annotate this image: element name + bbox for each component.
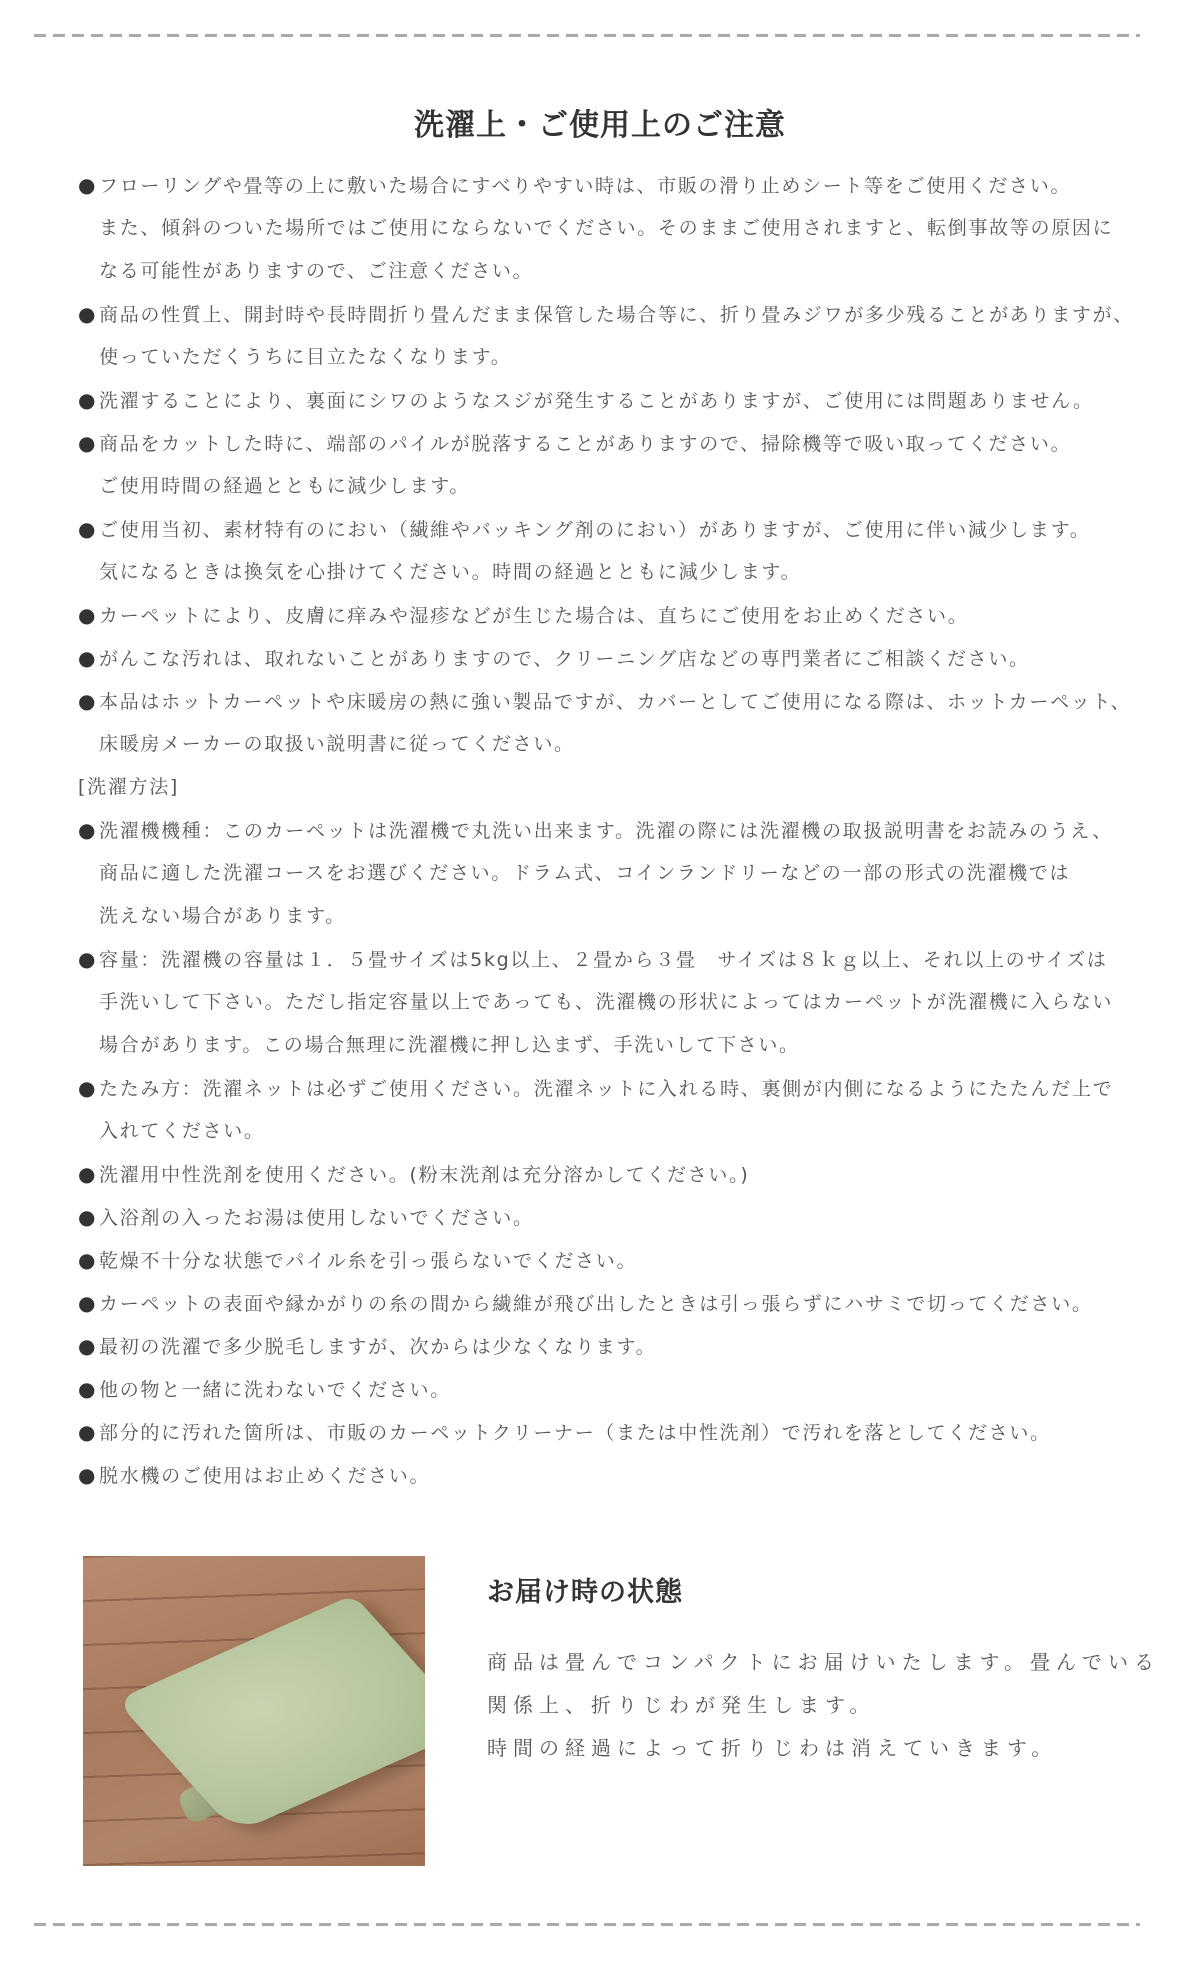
note-item: ●フローリングや畳等の上に敷いた場合にすべりやすい時は、市販の滑り止めシート等を… — [78, 164, 1178, 207]
bullet-icon: ● — [78, 164, 99, 207]
delivery-state-heading: お届け時の状態 — [487, 1575, 683, 1611]
note-item-continuation: ご使用時間の経過とともに減少します。 — [78, 465, 1178, 508]
folded-rug — [116, 1595, 425, 1834]
bullet-icon: ● — [78, 1325, 99, 1368]
note-item: ●容量：洗濯機の容量は１．５畳サイズは5kg以上、２畳から３畳 サイズは８ｋｇ以… — [78, 938, 1178, 981]
note-item: ●他の物と一緒に洗わないでください。 — [78, 1368, 1178, 1411]
note-text: 洗えない場合があります。 — [99, 905, 346, 927]
note-text: 床暖房メーカーの取扱い説明書に従ってください。 — [99, 733, 575, 755]
bullet-icon: ● — [78, 1368, 99, 1411]
note-item-continuation: 床暖房メーカーの取扱い説明書に従ってください。 — [78, 723, 1178, 766]
bullet-icon: ● — [78, 1067, 99, 1110]
note-text: 本品はホットカーペットや床暖房の熱に強い製品ですが、カバーとしてご使用になる際は… — [99, 691, 1131, 713]
note-item: ●乾燥不十分な状態でパイル糸を引っ張らないでください。 — [78, 1239, 1178, 1282]
bullet-icon: ● — [78, 379, 99, 422]
note-text: 最初の洗濯で多少脱毛しますが、次からは少なくなります。 — [99, 1336, 656, 1358]
section-label-washing-method: [洗濯方法] — [78, 766, 1178, 809]
note-text: 入れてください。 — [99, 1120, 265, 1142]
note-item: ●最初の洗濯で多少脱毛しますが、次からは少なくなります。 — [78, 1325, 1178, 1368]
note-item-continuation: また、傾斜のついた場所ではご使用にならないでください。そのままご使用されますと、… — [78, 207, 1178, 250]
note-text: がんこな汚れは、取れないことがありますので、クリーニング店などの専門業者にご相談… — [99, 648, 1030, 670]
note-text: 手洗いして下さい。ただし指定容量以上であっても、洗濯機の形状によってはカーペット… — [99, 991, 1113, 1013]
bullet-icon: ● — [78, 1454, 99, 1497]
delivery-line: 時間の経過によって折りじわは消えていきます。 — [487, 1727, 1160, 1770]
note-item: ●がんこな汚れは、取れないことがありますので、クリーニング店などの専門業者にご相… — [78, 637, 1178, 680]
bullet-icon: ● — [78, 1196, 99, 1239]
delivery-line: 関係上、折りじわが発生します。 — [487, 1684, 1160, 1727]
note-text: 使っていただくうちに目立たなくなります。 — [99, 346, 511, 368]
bullet-icon: ● — [78, 1153, 99, 1196]
product-photo — [83, 1556, 425, 1866]
bullet-icon: ● — [78, 938, 99, 981]
top-dashed-divider — [34, 34, 1140, 37]
note-item: ●たたみ方：洗濯ネットは必ずご使用ください。洗濯ネットに入れる時、裏側が内側にな… — [78, 1067, 1178, 1110]
note-text: なる可能性がありますので、ご注意ください。 — [99, 260, 533, 282]
note-item: ●本品はホットカーペットや床暖房の熱に強い製品ですが、カバーとしてご使用になる際… — [78, 680, 1178, 723]
note-item: ●洗濯機機種：このカーペットは洗濯機で丸洗い出来ます。洗濯の際には洗濯機の取扱説… — [78, 809, 1178, 852]
note-text: 他の物と一緒に洗わないでください。 — [99, 1379, 451, 1401]
note-item-continuation: なる可能性がありますので、ご注意ください。 — [78, 250, 1178, 293]
note-item: ●商品の性質上、開封時や長時間折り畳んだまま保管した場合等に、折り畳みジワが多少… — [78, 293, 1178, 336]
note-text: 容量：洗濯機の容量は１．５畳サイズは5kg以上、２畳から３畳 サイズは８ｋｇ以上… — [99, 949, 1108, 971]
note-item-continuation: 場合があります。この場合無理に洗濯機に押し込まず、手洗いして下さい。 — [78, 1024, 1178, 1067]
bullet-icon: ● — [78, 508, 99, 551]
note-text: 洗濯することにより、裏面にシワのようなスジが発生することがありますが、ご使用には… — [99, 390, 1094, 412]
note-item: ●入浴剤の入ったお湯は使用しないでください。 — [78, 1196, 1178, 1239]
note-text: 洗濯用中性洗剤を使用ください。(粉末洗剤は充分溶かしてください。) — [99, 1164, 749, 1186]
note-text: また、傾斜のついた場所ではご使用にならないでください。そのままご使用されますと、… — [99, 217, 1113, 239]
note-item: ●ご使用当初、素材特有のにおい（繊維やバッキング剤のにおい）がありますが、ご使用… — [78, 508, 1178, 551]
note-text: 洗濯機機種：このカーペットは洗濯機で丸洗い出来ます。洗濯の際には洗濯機の取扱説明… — [99, 820, 1113, 842]
care-notes-list: ●フローリングや畳等の上に敷いた場合にすべりやすい時は、市販の滑り止めシート等を… — [78, 164, 1178, 1497]
bullet-icon: ● — [78, 637, 99, 680]
note-text: 商品に適した洗濯コースをお選びください。ドラム式、コインランドリーなどの一部の形… — [99, 862, 1070, 884]
bullet-icon: ● — [78, 594, 99, 637]
note-text: ご使用当初、素材特有のにおい（繊維やバッキング剤のにおい）がありますが、ご使用に… — [99, 519, 1091, 541]
bullet-icon: ● — [78, 293, 99, 336]
note-text: ご使用時間の経過とともに減少します。 — [99, 475, 470, 497]
note-text: 商品の性質上、開封時や長時間折り畳んだまま保管した場合等に、折り畳みジワが多少残… — [99, 304, 1134, 326]
note-text: 脱水機のご使用はお止めください。 — [99, 1465, 430, 1487]
note-item-continuation: 洗えない場合があります。 — [78, 895, 1178, 938]
bullet-icon: ● — [78, 1411, 99, 1454]
note-text: カーペットの表面や縁かがりの糸の間から繊維が飛び出したときは引っ張らずにハサミで… — [99, 1293, 1093, 1315]
note-text: 場合があります。この場合無理に洗濯機に押し込まず、手洗いして下さい。 — [99, 1034, 800, 1056]
note-item: ●洗濯用中性洗剤を使用ください。(粉末洗剤は充分溶かしてください。) — [78, 1153, 1178, 1196]
note-text: 気になるときは換気を心掛けてください。時間の経過とともに減少します。 — [99, 561, 801, 583]
note-item-continuation: 商品に適した洗濯コースをお選びください。ドラム式、コインランドリーなどの一部の形… — [78, 852, 1178, 895]
note-item: ●カーペットにより、皮膚に痒みや湿疹などが生じた場合は、直ちにご使用をお止めくだ… — [78, 594, 1178, 637]
delivery-line: 商品は畳んでコンパクトにお届けいたします。畳んでいる — [487, 1641, 1160, 1684]
note-text: たたみ方：洗濯ネットは必ずご使用ください。洗濯ネットに入れる時、裏側が内側になる… — [99, 1078, 1113, 1100]
note-item-continuation: 入れてください。 — [78, 1110, 1178, 1153]
note-item-continuation: 使っていただくうちに目立たなくなります。 — [78, 336, 1178, 379]
note-item: ●部分的に汚れた箇所は、市販のカーペットクリーナー（または中性洗剤）で汚れを落と… — [78, 1411, 1178, 1454]
note-text: 乾燥不十分な状態でパイル糸を引っ張らないでください。 — [99, 1250, 637, 1272]
note-text: [洗濯方法] — [78, 776, 179, 798]
note-item: ●洗濯することにより、裏面にシワのようなスジが発生することがありますが、ご使用に… — [78, 379, 1178, 422]
note-text: フローリングや畳等の上に敷いた場合にすべりやすい時は、市販の滑り止めシート等をご… — [99, 175, 1071, 197]
note-item-continuation: 気になるときは換気を心掛けてください。時間の経過とともに減少します。 — [78, 551, 1178, 594]
bullet-icon: ● — [78, 809, 99, 852]
note-item: ●カーペットの表面や縁かがりの糸の間から繊維が飛び出したときは引っ張らずにハサミ… — [78, 1282, 1178, 1325]
page-title: 洗濯上・ご使用上のご注意 — [0, 106, 1200, 146]
bullet-icon: ● — [78, 680, 99, 723]
note-text: 入浴剤の入ったお湯は使用しないでください。 — [99, 1207, 534, 1229]
bullet-icon: ● — [78, 422, 99, 465]
bullet-icon: ● — [78, 1282, 99, 1325]
note-item-continuation: 手洗いして下さい。ただし指定容量以上であっても、洗濯機の形状によってはカーペット… — [78, 981, 1178, 1024]
note-text: 商品をカットした時に、端部のパイルが脱落することがありますので、掃除機等で吸い取… — [99, 433, 1071, 455]
note-item: ●商品をカットした時に、端部のパイルが脱落することがありますので、掃除機等で吸い… — [78, 422, 1178, 465]
bullet-icon: ● — [78, 1239, 99, 1282]
delivery-state-description: 商品は畳んでコンパクトにお届けいたします。畳んでいる 関係上、折りじわが発生しま… — [487, 1641, 1160, 1770]
note-text: 部分的に汚れた箇所は、市販のカーペットクリーナー（または中性洗剤）で汚れを落とし… — [99, 1422, 1051, 1444]
note-text: カーペットにより、皮膚に痒みや湿疹などが生じた場合は、直ちにご使用をお止めくださ… — [99, 605, 968, 627]
note-item: ●脱水機のご使用はお止めください。 — [78, 1454, 1178, 1497]
bottom-dashed-divider — [34, 1923, 1140, 1926]
